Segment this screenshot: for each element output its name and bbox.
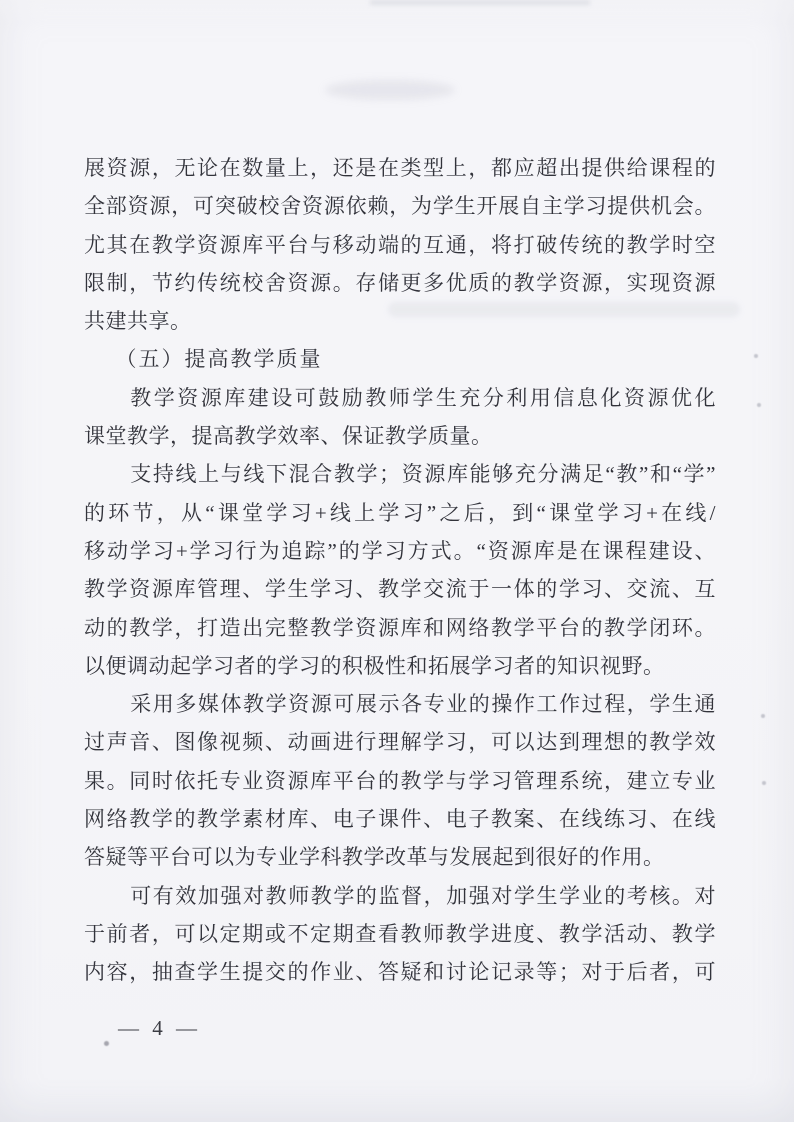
document-lines: 展资源，无论在数量上，还是在类型上，都应超出提供给课程的全部资源，可突破校舍资源… — [84, 149, 716, 992]
text-line: 采用多媒体教学资源可展示各专业的操作工作过程，学生通 — [84, 685, 716, 723]
scan-artifact-speck — [754, 354, 758, 358]
scan-artifact-smudge — [325, 80, 455, 100]
scanned-document-page: 展资源，无论在数量上，还是在类型上，都应超出提供给课程的全部资源，可突破校舍资源… — [0, 0, 794, 1122]
scan-artifact-speck — [757, 403, 761, 407]
scan-artifact-speck — [762, 781, 766, 785]
text-line: 展资源，无论在数量上，还是在类型上，都应超出提供给课程的 — [84, 149, 716, 187]
section-heading: （五）提高教学质量 — [84, 340, 716, 378]
text-line: 课堂教学，提高教学效率、保证教学质量。 — [84, 417, 716, 455]
text-line: 动的教学，打造出完整教学资源库和网络教学平台的教学闭环。 — [84, 609, 716, 647]
scan-artifact-top-edge — [370, 0, 590, 5]
text-line: 网络教学的教学素材库、电子课件、电子教案、在线练习、在线 — [84, 800, 716, 838]
text-line: 移动学习+学习行为追踪”的学习方式。“资源库是在课程建设、 — [84, 532, 716, 570]
text-line: 可有效加强对教师教学的监督，加强对学生学业的考核。对 — [84, 877, 716, 915]
page-number: — 4 — — [118, 1016, 201, 1041]
text-line: 全部资源，可突破校舍资源依赖，为学生开展自主学习提供机会。 — [84, 187, 716, 225]
text-line: 支持线上与线下混合教学；资源库能够充分满足“教”和“学” — [84, 455, 716, 493]
text-line: 共建共享。 — [84, 302, 716, 340]
text-line: 于前者，可以定期或不定期查看教师教学进度、教学活动、教学 — [84, 915, 716, 953]
text-line: 教学资源库建设可鼓励教师学生充分利用信息化资源优化 — [84, 379, 716, 417]
scan-artifact-speck — [761, 714, 765, 718]
text-line: 答疑等平台可以为专业学科教学改革与发展起到很好的作用。 — [84, 838, 716, 876]
text-line: 教学资源库管理、学生学习、教学交流于一体的学习、交流、互 — [84, 570, 716, 608]
text-line: 限制，节约传统校舍资源。存储更多优质的教学资源，实现资源 — [84, 264, 716, 302]
text-line: 过声音、图像视频、动画进行理解学习，可以达到理想的教学效 — [84, 723, 716, 761]
text-line: 尤其在教学资源库平台与移动端的互通，将打破传统的教学时空 — [84, 226, 716, 264]
text-line: 以便调动起学习者的学习的积极性和拓展学习者的知识视野。 — [84, 647, 716, 685]
text-line: 内容，抽查学生提交的作业、答疑和讨论记录等；对于后者，可 — [84, 953, 716, 991]
text-line: 的环节，从“课堂学习+线上学习”之后，到“课堂学习+在线/ — [84, 494, 716, 532]
scan-artifact-speck — [104, 1041, 109, 1046]
text-line: 果。同时依托专业资源库平台的教学与学习管理系统，建立专业 — [84, 762, 716, 800]
